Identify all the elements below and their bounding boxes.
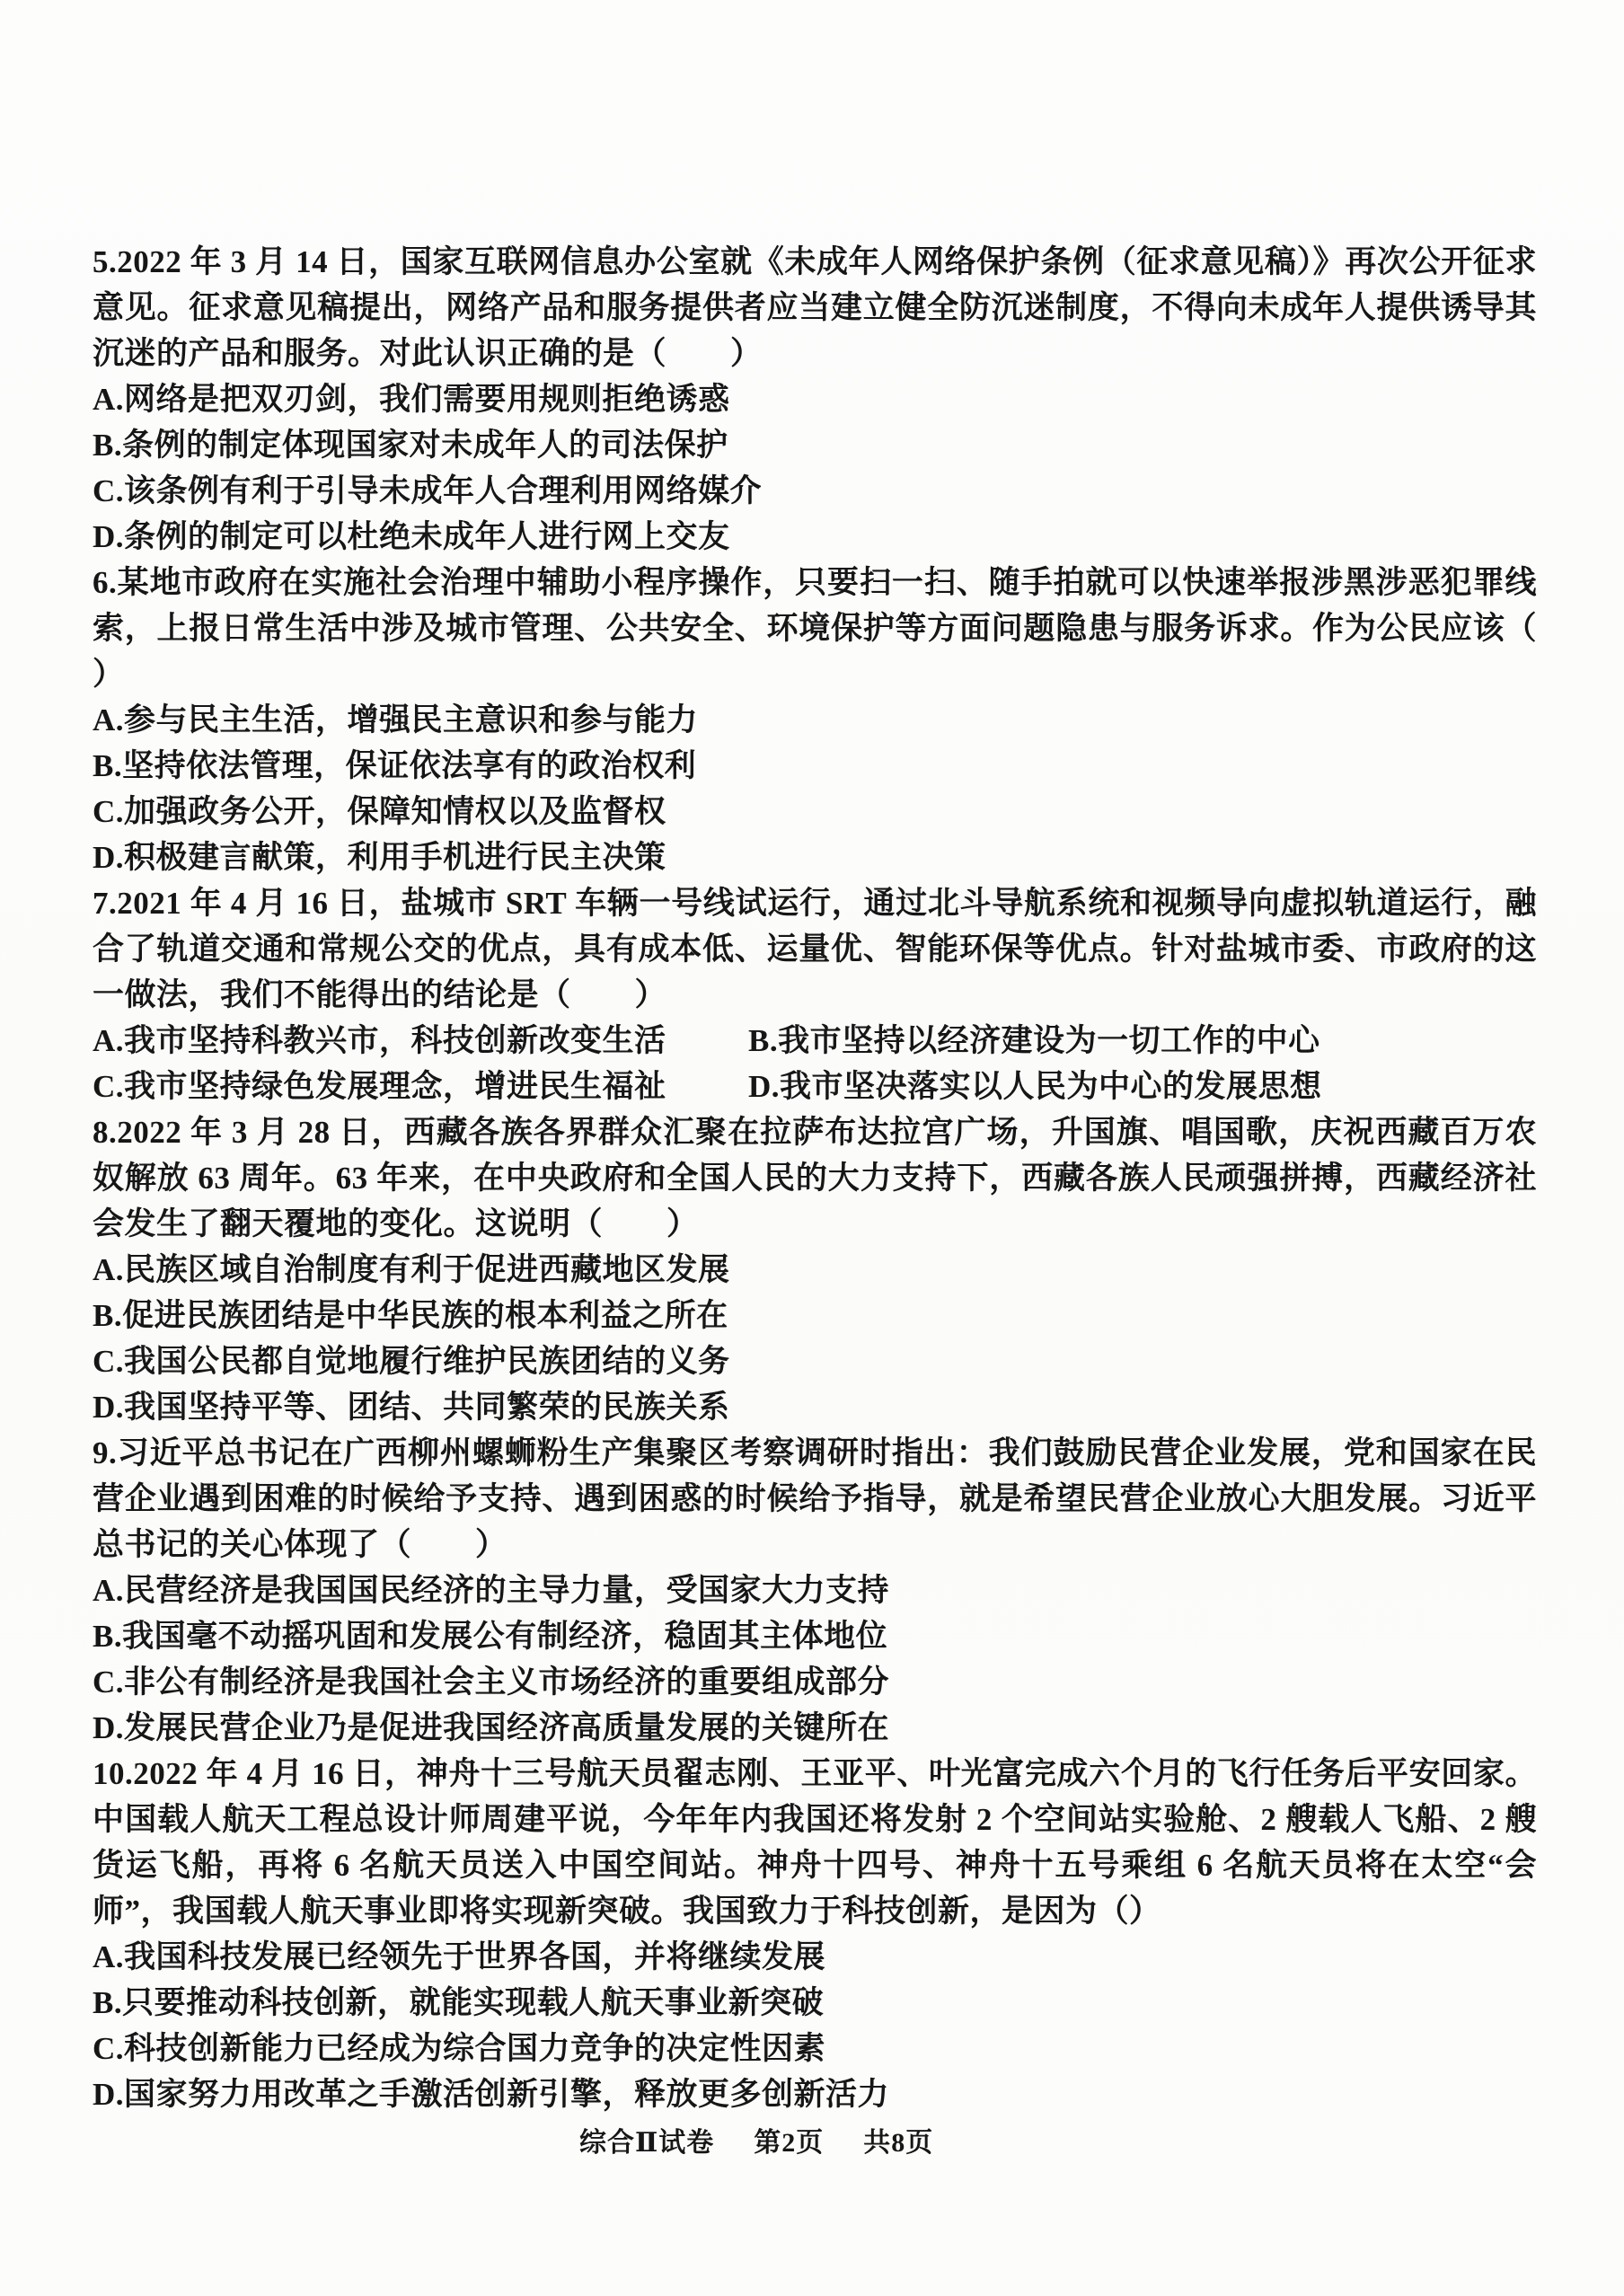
question-7-option-row: A.我市坚持科教兴市，科技创新改变生活B.我市坚持以经济建设为一切工作的中心	[93, 1018, 1537, 1064]
question-5-option-c: C.该条例有利于引导未成年人合理利用网络媒介	[93, 468, 1537, 514]
question-7-option-row: C.我市坚持绿色发展理念，增进民生福祉D.我市坚决落实以人民为中心的发展思想	[93, 1064, 1537, 1109]
footer-page-total: 共8页	[863, 2127, 933, 2159]
question-9-option-d: D.发展民营企业乃是促进我国经济高质量发展的关键所在	[93, 1705, 1537, 1751]
question-5-stem: 5.2022 年 3 月 14 日，国家互联网信息办公室就《未成年人网络保护条例…	[93, 239, 1537, 376]
question-6-option-d: D.积极建言献策，利用手机进行民主决策	[93, 835, 1537, 880]
question-list: 5.2022 年 3 月 14 日，国家互联网信息办公室就《未成年人网络保护条例…	[93, 239, 1537, 2117]
exam-page: 5.2022 年 3 月 14 日，国家互联网信息办公室就《未成年人网络保护条例…	[0, 0, 1624, 2296]
question-7-option-c: C.我市坚持绿色发展理念，增进民生福祉	[93, 1064, 748, 1109]
question-10-option-a: A.我国科技发展已经领先于世界各国，并将继续发展	[93, 1934, 1537, 1980]
footer-paper-title: 综合Ⅱ试卷	[579, 2127, 714, 2159]
question-9-option-c: C.非公有制经济是我国社会主义市场经济的重要组成部分	[93, 1659, 1537, 1705]
question-6-option-b: B.坚持依法管理，保证依法享有的政治权利	[93, 743, 1537, 789]
question-7: 7.2021 年 4 月 16 日，盐城市 SRT 车辆一号线试运行，通过北斗导…	[93, 880, 1537, 1109]
question-6: 6.某地市政府在实施社会治理中辅助小程序操作，只要扫一扫、随手拍就可以快速举报涉…	[93, 560, 1537, 880]
question-7-option-a: A.我市坚持科教兴市，科技创新改变生活	[93, 1018, 748, 1064]
question-8-option-d: D.我国坚持平等、团结、共同繁荣的民族关系	[93, 1384, 1537, 1430]
question-10-stem: 10.2022 年 4 月 16 日，神舟十三号航天员翟志刚、王亚平、叶光富完成…	[93, 1751, 1537, 1934]
question-8-option-a: A.民族区域自治制度有利于促进西藏地区发展	[93, 1247, 1537, 1293]
question-10-option-c: C.科技创新能力已经成为综合国力竞争的决定性因素	[93, 2026, 1537, 2071]
question-6-option-c: C.加强政务公开，保障知情权以及监督权	[93, 789, 1537, 835]
question-6-option-a: A.参与民主生活，增强民主意识和参与能力	[93, 697, 1537, 743]
question-7-option-d: D.我市坚决落实以人民为中心的发展思想	[748, 1064, 1322, 1109]
question-7-stem: 7.2021 年 4 月 16 日，盐城市 SRT 车辆一号线试运行，通过北斗导…	[93, 880, 1537, 1018]
page-footer: 综合Ⅱ试卷 第2页 共8页	[579, 2127, 933, 2159]
question-5-option-b: B.条例的制定体现国家对未成年人的司法保护	[93, 422, 1537, 468]
question-5: 5.2022 年 3 月 14 日，国家互联网信息办公室就《未成年人网络保护条例…	[93, 239, 1537, 560]
question-9-option-a: A.民营经济是我国国民经济的主导力量，受国家大力支持	[93, 1567, 1537, 1613]
question-9-stem: 9.习近平总书记在广西柳州螺蛳粉生产集聚区考察调研时指出：我们鼓励民营企业发展，…	[93, 1430, 1537, 1567]
question-9: 9.习近平总书记在广西柳州螺蛳粉生产集聚区考察调研时指出：我们鼓励民营企业发展，…	[93, 1430, 1537, 1751]
question-7-option-b: B.我市坚持以经济建设为一切工作的中心	[748, 1018, 1320, 1064]
question-8-option-c: C.我国公民都自觉地履行维护民族团结的义务	[93, 1338, 1537, 1384]
question-5-option-d: D.条例的制定可以杜绝未成年人进行网上交友	[93, 514, 1537, 560]
question-8-option-b: B.促进民族团结是中华民族的根本利益之所在	[93, 1293, 1537, 1338]
question-10-option-b: B.只要推动科技创新，就能实现载人航天事业新突破	[93, 1980, 1537, 2026]
question-9-option-b: B.我国毫不动摇巩固和发展公有制经济，稳固其主体地位	[93, 1613, 1537, 1659]
question-10-option-d: D.国家努力用改革之手激活创新引擎，释放更多创新活力	[93, 2071, 1537, 2117]
question-5-option-a: A.网络是把双刃剑，我们需要用规则拒绝诱惑	[93, 376, 1537, 422]
footer-page-number: 第2页	[754, 2127, 824, 2159]
question-8: 8.2022 年 3 月 28 日，西藏各族各界群众汇聚在拉萨布达拉宫广场，升国…	[93, 1109, 1537, 1430]
question-10: 10.2022 年 4 月 16 日，神舟十三号航天员翟志刚、王亚平、叶光富完成…	[93, 1751, 1537, 2117]
question-8-stem: 8.2022 年 3 月 28 日，西藏各族各界群众汇聚在拉萨布达拉宫广场，升国…	[93, 1109, 1537, 1247]
question-6-stem: 6.某地市政府在实施社会治理中辅助小程序操作，只要扫一扫、随手拍就可以快速举报涉…	[93, 560, 1537, 697]
